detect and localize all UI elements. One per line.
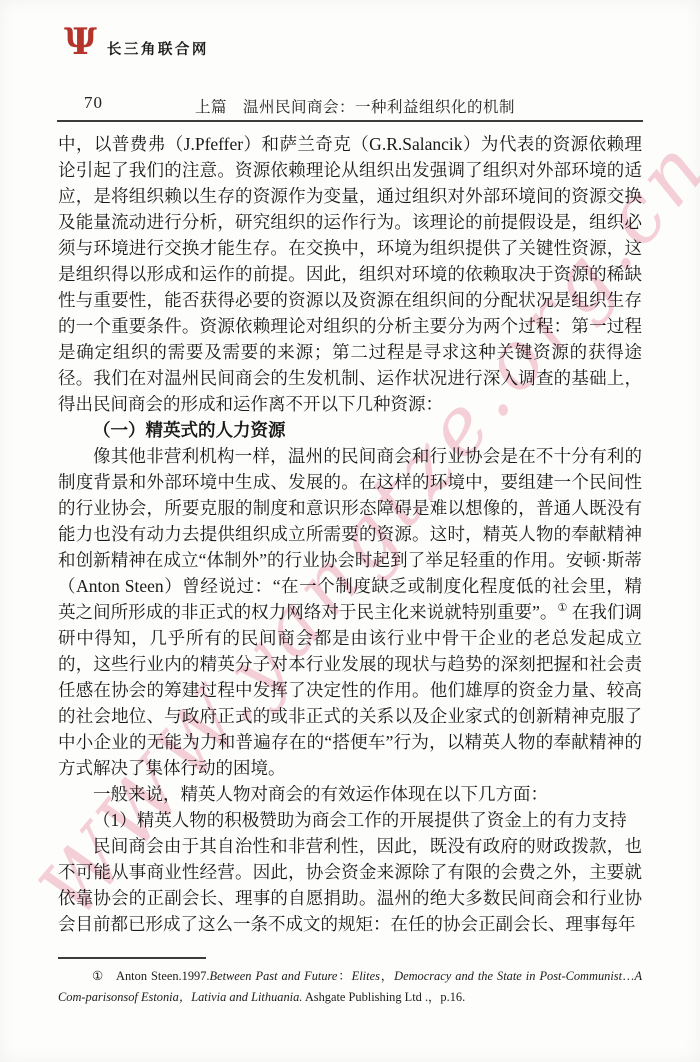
body-paragraph: 像其他非营利机构一样，温州的民间商会和行业协会是在不十分有利的制度背景和外部环境…: [58, 443, 642, 781]
footnote-text: ：: [337, 969, 351, 983]
brand-logo-icon: Ψ: [64, 22, 97, 62]
running-header: 70 上篇 温州民间商会：一种利益组织化的机制: [58, 93, 642, 117]
footnote-title-italic: Elites: [352, 969, 380, 983]
footnote-title-italic: Democracy and the State in Post-Communis…: [394, 969, 622, 983]
footnote-title-italic: Between Past and Future: [210, 969, 338, 983]
paragraph-text: 像其他非营利机构一样，温州的民间商会和行业协会是在不十分有利的制度背景和外部环境…: [58, 446, 642, 622]
section-heading: （一）精英式的人力资源: [58, 417, 642, 443]
paragraph-text: 民间商会由于其自治性和非营利性，因此，既没有政府的财政拨款，也不可能从事商业性经…: [58, 836, 642, 934]
footnote-ref-marker: ①: [557, 602, 567, 614]
footnote-rule: [58, 957, 206, 959]
paragraph-text: 一般来说，精英人物对商会的有效运作体现在以下几方面：: [93, 784, 548, 804]
footnote-text: Anton Steen.1997.: [116, 969, 210, 983]
running-head-title: 上篇 温州民间商会：一种利益组织化的机制: [58, 95, 652, 117]
section-heading-text: （一）精英式的人力资源: [93, 420, 286, 440]
paragraph-text: （1）精英人物的积极赞助为商会工作的开展提供了资金上的有力支持: [93, 810, 627, 830]
paragraph-text: 在我们调研中得知，几乎所有的民间商会都是由该行业中骨干企业的老总发起成立的，这些…: [58, 602, 642, 778]
body-paragraph: 一般来说，精英人物对商会的有效运作体现在以下几方面：: [58, 781, 642, 807]
footnote: ①Anton Steen.1997.Between Past and Futur…: [58, 966, 642, 1008]
body-paragraph: 民间商会由于其自治性和非营利性，因此，既没有政府的财政拨款，也不可能从事商业性经…: [58, 833, 642, 937]
header-rule: [57, 120, 643, 122]
footnote-text: Ashgate Publishing Ltd .，p.16.: [302, 990, 465, 1004]
footnote-text: …: [622, 969, 634, 983]
paragraph-text: 中，以普费弗（J.Pfeffer）和萨兰奇克（G.R.Salancik）为代表的…: [58, 134, 642, 414]
footnote-text: ，: [380, 969, 394, 983]
brand-name: 长三角联合网: [107, 26, 209, 59]
scanned-page: WWW.yangtze.org.cn Ψ 长三角联合网 70 上篇 温州民间商会…: [0, 0, 700, 1062]
body-text: 中，以普费弗（J.Pfeffer）和萨兰奇克（G.R.Salancik）为代表的…: [58, 131, 642, 937]
footnote-marker: ①: [92, 969, 104, 983]
site-logo: Ψ 长三角联合网: [64, 22, 209, 62]
body-paragraph: 中，以普费弗（J.Pfeffer）和萨兰奇克（G.R.Salancik）为代表的…: [58, 131, 642, 417]
body-paragraph: （1）精英人物的积极赞助为商会工作的开展提供了资金上的有力支持: [58, 807, 642, 833]
